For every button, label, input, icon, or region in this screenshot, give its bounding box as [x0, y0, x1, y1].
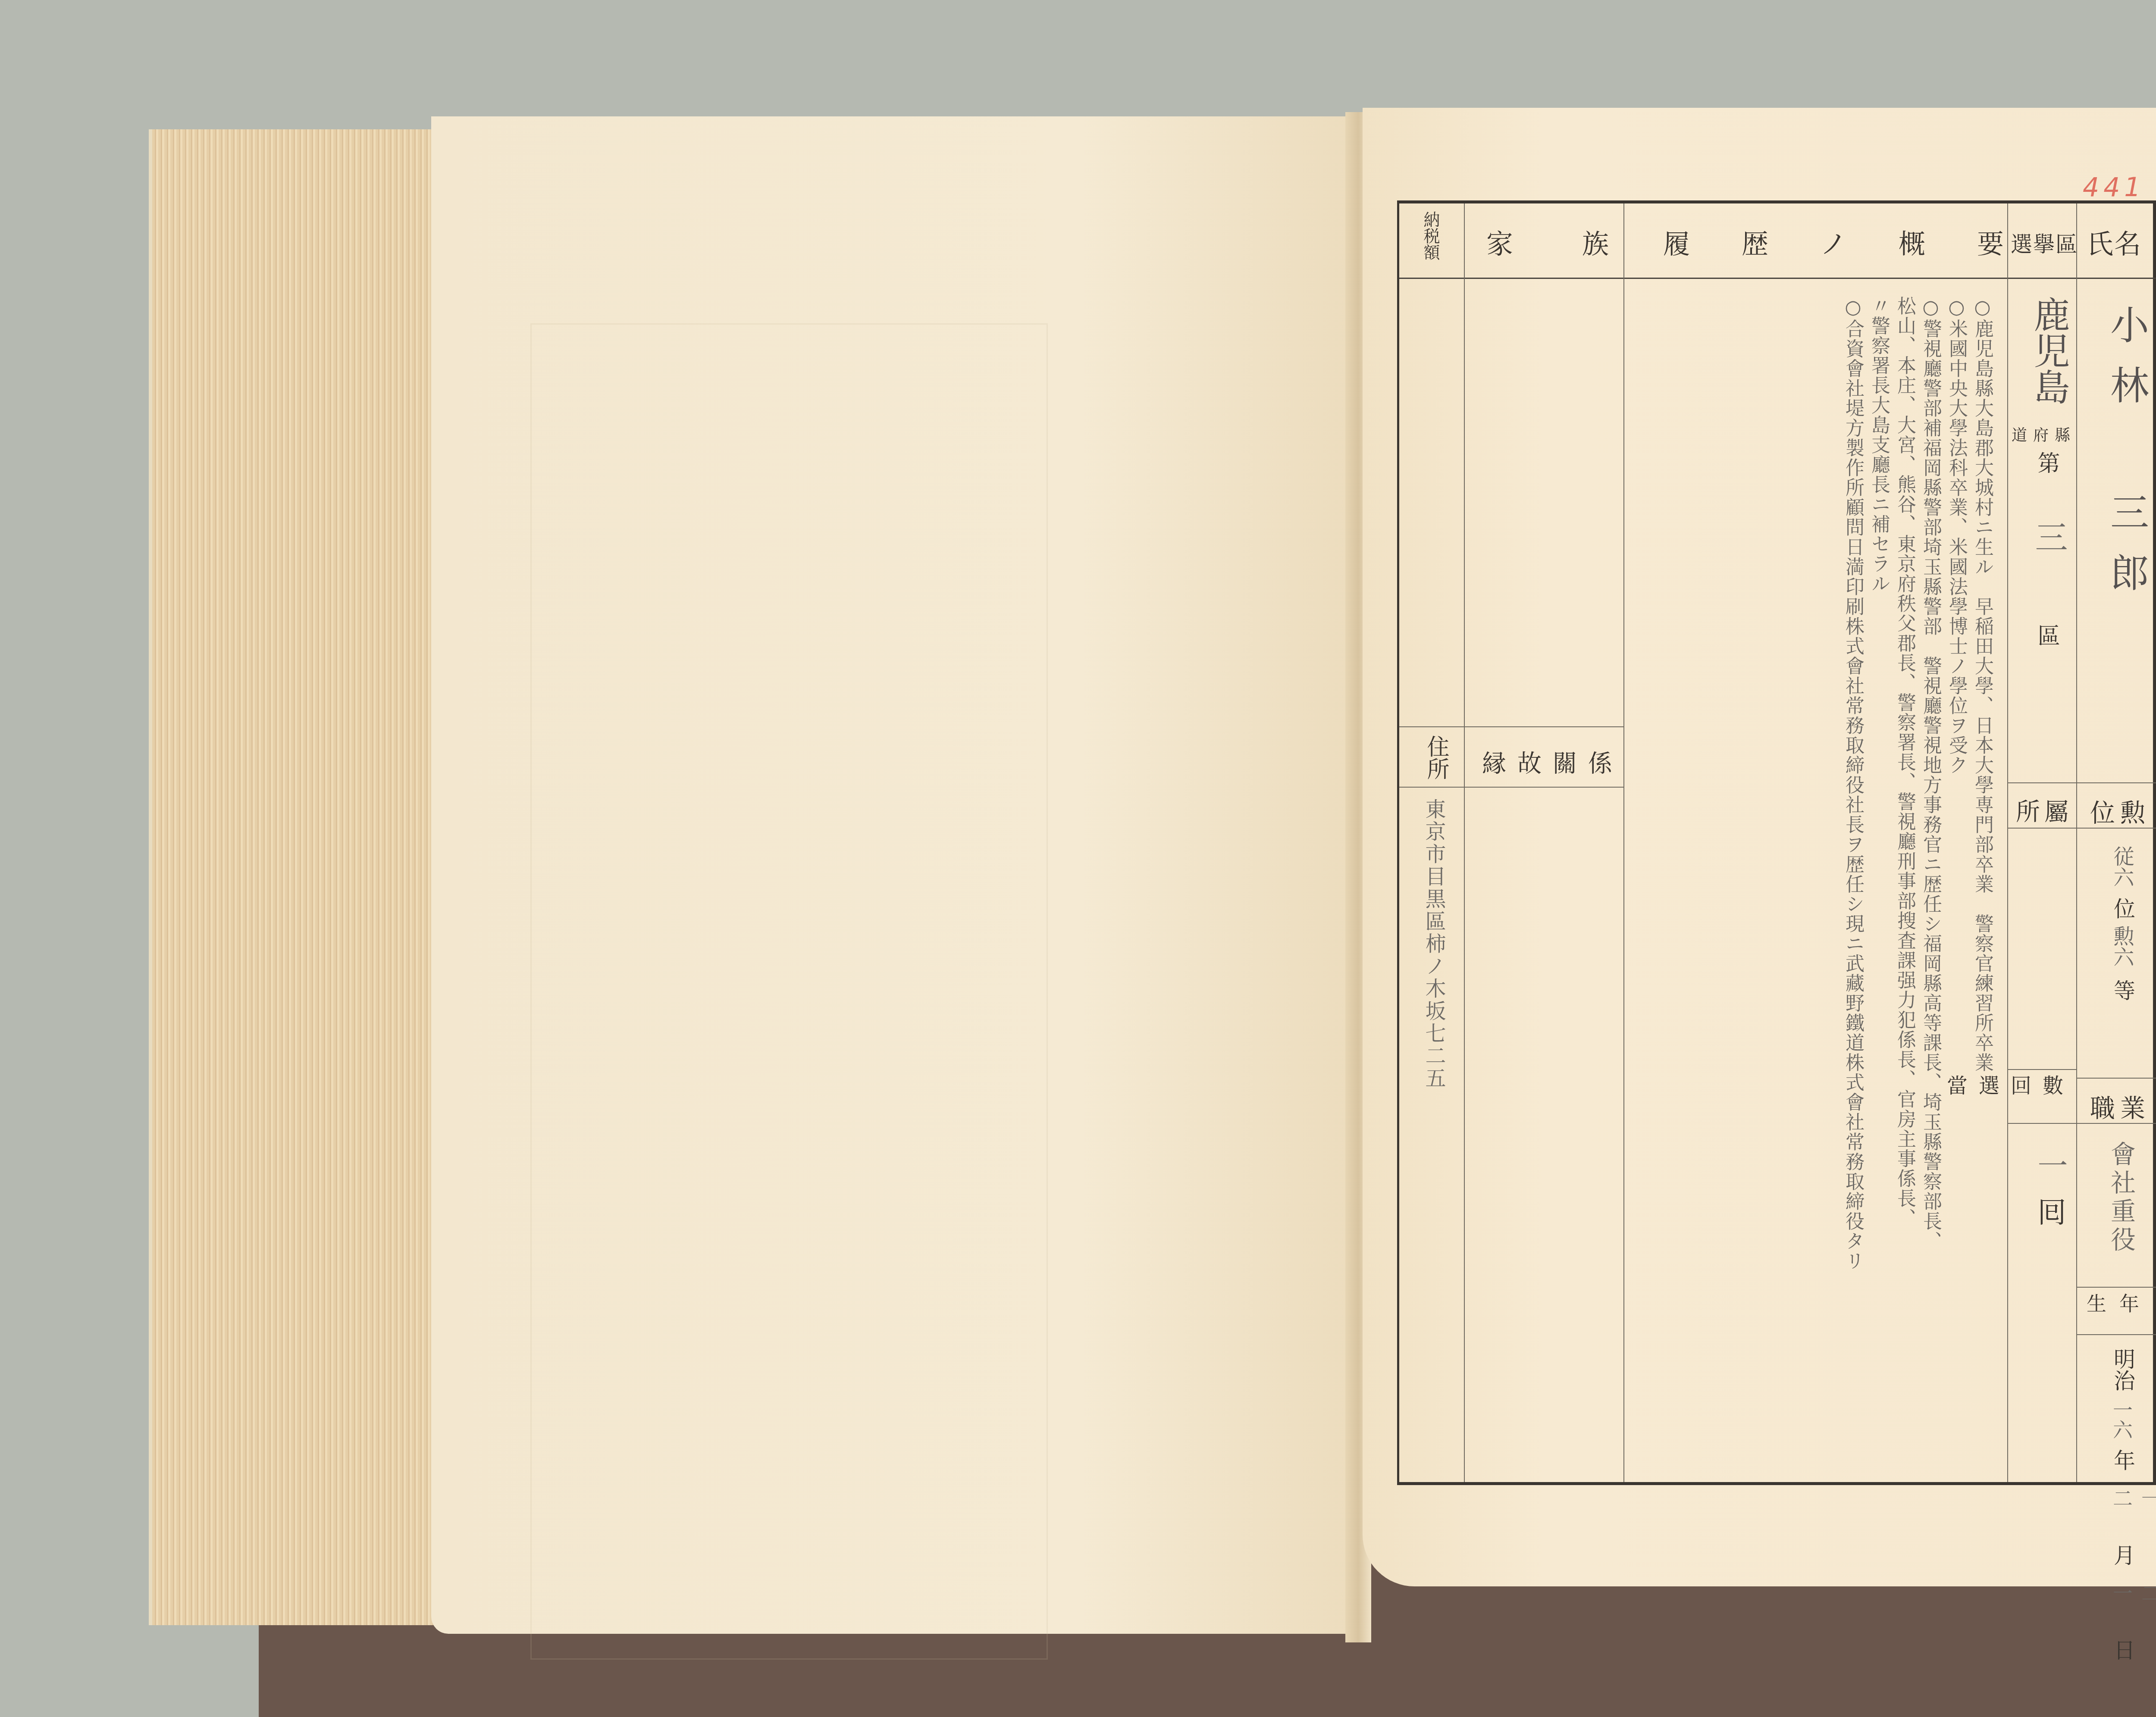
rank-label: 位勲	[2090, 793, 2150, 829]
affiliation-label: 所屬	[2016, 793, 2073, 827]
occupation-value: 會社重役	[2103, 1141, 2139, 1255]
district-suffix: 區	[2031, 624, 2063, 646]
biography-line: ○合資會社堤方製作所顧問日満印刷株式會社常務取締役社長ヲ歴任シ現ニ武藏野鐵道株式…	[1840, 296, 1866, 1460]
district-number: 三	[2025, 520, 2072, 553]
left-page-blank	[431, 116, 1358, 1634]
occupation-value-cell: 會社重役	[2077, 1124, 2156, 1288]
rank-suffix: 位	[2107, 898, 2138, 919]
prefecture-kinds-label: 道府縣	[2012, 423, 2076, 445]
birth-label-cell: 生年月日	[2077, 1288, 2156, 1335]
prefecture-value: 鹿児島	[2023, 296, 2075, 405]
header-biography: 履歴ノ概要	[1663, 223, 2056, 261]
biography-line: 松山、本庄、大宮、熊谷、東京府秩父郡長、警察署長、警視廳刑事部搜査課强力犯係長、…	[1892, 296, 1918, 1460]
birth-era: 明治	[2107, 1348, 2138, 1391]
left-page-offset-impression	[530, 323, 1048, 1660]
occupation-label-cell: 職業	[2077, 1079, 2156, 1124]
birth-year: 一六	[2107, 1400, 2136, 1439]
occupation-label: 職業	[2090, 1088, 2150, 1124]
birth-day: 二一	[2107, 1583, 2156, 1603]
rank-label-cell: 位勲	[2077, 783, 2156, 829]
times-suffix: 囘	[2029, 1197, 2070, 1226]
affiliation-label-cell: 所屬	[2008, 783, 2076, 829]
column-name-rank: 氏名 小林 三郎 位勲 従六 位 勲六 等 職業 會社重役 生年月日	[2076, 203, 2156, 1482]
member-name: 小林 三郎	[2098, 305, 2154, 613]
birth-value-cell: 明治 一六 年 一二 月 二一 日	[2077, 1335, 2156, 1482]
column-tax-residence: 納税額 住所 東京市目黒區柿ノ木坂七二五	[1399, 203, 1464, 1482]
connections-label-cell: 縁故關係	[1465, 727, 1623, 788]
biography-line: ○米國中央大學法科卒業、米國法學博士ノ學位ヲ受ク	[1943, 296, 1969, 1051]
column-district-affiliation: 選擧區 鹿児島 道府縣 第 三 區 所屬 當選回數 一 囘	[2007, 203, 2076, 1482]
connections-label: 縁故關係	[1482, 744, 1623, 779]
residence-value: 東京市目黒區柿ノ木坂七二五	[1419, 798, 1449, 1090]
birth-date-label: 生年月日	[2087, 1294, 2151, 1314]
name-value-cell: 小林 三郎	[2077, 279, 2156, 783]
decoration-suffix: 等	[2107, 979, 2138, 1001]
header-family-cell: 家族	[1465, 203, 1623, 279]
residence-label: 住所	[1420, 735, 1452, 780]
biography-line: ○鹿児島縣大島郡大城村ニ生ル 早稲田大學、日本大學専門部卒業 警察官練習所卒業	[1969, 296, 1995, 1395]
rank-value-cell: 従六 位 勲六 等	[2077, 829, 2156, 1079]
header-name-cell: 氏名	[2077, 203, 2156, 279]
book-photo-background: 441 氏名 小林 三郎 位勲 従六 位 勲六 等 職業 會社重役	[0, 0, 2156, 1717]
times-elected-value-cell: 一 囘	[2008, 1124, 2076, 1482]
times-elected-value: 一	[2029, 1150, 2072, 1180]
header-name: 氏名	[2087, 223, 2142, 261]
header-biography-cell: 履歴ノ概要	[1624, 203, 2007, 279]
district-prefix: 第	[2031, 451, 2063, 474]
header-family: 家族	[1486, 223, 1678, 261]
column-biography: 履歴ノ概要 ○鹿児島縣大島郡大城村ニ生ル 早稲田大學、日本大學専門部卒業 警察官…	[1623, 203, 2007, 1482]
column-family-connections: 家族 縁故關係	[1464, 203, 1623, 1482]
header-tax-cell: 納税額	[1399, 203, 1464, 279]
left-page-stack-edge	[149, 129, 442, 1625]
header-tax: 納税額	[1422, 211, 1439, 260]
connections-value-cell	[1465, 788, 1623, 1482]
decoration-grade: 勲六	[2107, 926, 2137, 967]
residence-value-cell: 東京市目黒區柿ノ木坂七二五	[1399, 788, 1464, 1482]
affiliation-value-cell	[2008, 829, 2076, 1070]
member-record-form: 氏名 小林 三郎 位勲 従六 位 勲六 等 職業 會社重役 生年月日	[1397, 200, 2156, 1485]
times-elected-label: 當選回數	[2014, 1075, 2075, 1097]
biography-line: 〃警察署長大島支廳長ニ補セラル	[1866, 296, 1892, 727]
tax-value-cell	[1399, 279, 1464, 727]
birth-month: 一二	[2107, 1488, 2156, 1508]
district-value-cell: 鹿児島 道府縣 第 三 區	[2008, 279, 2076, 783]
residence-label-cell: 住所	[1399, 727, 1464, 788]
page-number: 441	[2083, 172, 2145, 203]
year-suffix: 年	[2107, 1449, 2138, 1471]
court-rank: 従六	[2107, 846, 2137, 887]
month-suffix: 月	[2107, 1544, 2138, 1566]
biography-line: ○警視廳警部補福岡縣警部埼玉縣警部 警視廳警視地方事務官ニ歴任シ福岡縣高等課長、…	[1918, 296, 1943, 1460]
times-elected-label-cell: 當選回數	[2008, 1070, 2076, 1124]
day-suffix: 日	[2107, 1639, 2138, 1661]
family-value-cell	[1465, 279, 1623, 727]
